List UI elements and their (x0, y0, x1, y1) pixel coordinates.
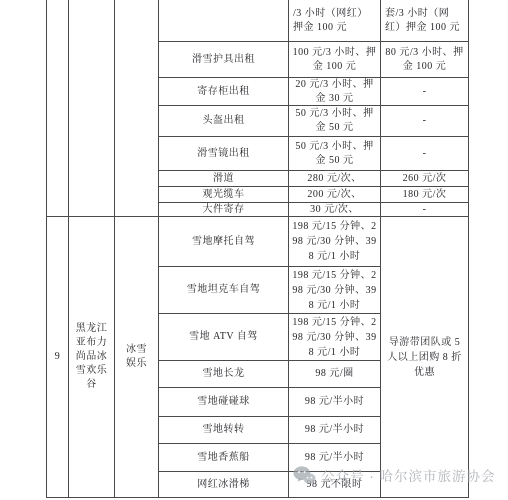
price-cell: 30 元/次、 (289, 203, 381, 217)
item-cell (159, 0, 289, 42)
item-cell: 雪地 ATV 自驾 (159, 314, 289, 361)
item-cell: 网红冰滑梯 (159, 472, 289, 498)
item-cell: 雪地摩托自驾 (159, 217, 289, 267)
discount-label: 套/3 小时（网红）押金 100 元 (385, 7, 465, 35)
price-cell: /3 小时（网红）押金 100 元 (289, 0, 381, 42)
item-label: 滑雪镜出租 (197, 147, 250, 161)
item-label: 雪地 ATV 自驾 (189, 330, 258, 344)
price-label: 100 元/3 小时、押金 100 元 (291, 46, 378, 74)
discount-label: - (423, 147, 427, 161)
price-table: /3 小时（网红）押金 100 元 套/3 小时（网红）押金 100 元 滑雪护… (46, 0, 469, 498)
price-label: 198 元/15 分钟、298 元/30 分钟、398 元/1 小时 (291, 268, 378, 313)
price-cell: 20 元/3 小时、押金 30 元 (289, 78, 381, 106)
seq-label: 9 (55, 350, 61, 364)
venue-label: 黑龙江亚布力尚品冰雪欢乐谷 (75, 322, 109, 392)
price-cell: 50 元/3 小时、押金 50 元 (289, 106, 381, 137)
item-label: 观光缆车 (203, 188, 245, 202)
item-cell: 滑雪镜出租 (159, 137, 289, 171)
price-label: 198 元/15 分钟、298 元/30 分钟、398 元/1 小时 (291, 219, 378, 264)
item-label: 头盔出租 (203, 114, 245, 128)
item-cell: 寄存柜出租 (159, 78, 289, 106)
price-cell: 98 元/半小时 (289, 444, 381, 472)
price-cell: 98 元不限时 (289, 472, 381, 498)
price-label: 30 元/次、 (310, 203, 359, 217)
discount-label: - (423, 85, 427, 99)
discount-label: - (423, 203, 427, 217)
discount-label: 260 元/次 (403, 172, 447, 186)
price-label: 98 元/半小时 (305, 395, 364, 409)
price-label: 50 元/3 小时、押金 50 元 (291, 140, 378, 168)
discount-cell: 套/3 小时（网红）押金 100 元 (381, 0, 469, 42)
item-label: 雪地转转 (203, 423, 245, 437)
category-cell: 冰雪娱乐 (115, 217, 159, 498)
price-cell: 198 元/15 分钟、298 元/30 分钟、398 元/1 小时 (289, 314, 381, 361)
discount-cell: - (381, 203, 469, 217)
item-cell: 滑道 (159, 171, 289, 187)
venue-cell-prev (69, 0, 115, 217)
price-cell: 98 元/圈 (289, 361, 381, 388)
discount-cell: 180 元/次 (381, 187, 469, 203)
item-label: 大件寄存 (203, 203, 245, 217)
group-discount-cell: 导游带团队或 5 人以上团购 8 折优惠 (381, 217, 469, 498)
price-label: 20 元/3 小时、押金 30 元 (291, 78, 378, 106)
price-label: /3 小时（网红）押金 100 元 (293, 7, 377, 35)
item-cell: 雪地长龙 (159, 361, 289, 388)
price-cell: 200 元/次、 (289, 187, 381, 203)
discount-label: 80 元/3 小时、押金 100 元 (383, 46, 466, 74)
price-cell: 98 元/半小时 (289, 388, 381, 417)
price-cell: 100 元/3 小时、押金 100 元 (289, 42, 381, 78)
item-label: 雪地碰碰球 (197, 395, 250, 409)
item-label: 寄存柜出租 (197, 85, 250, 99)
item-label: 雪地香蕉船 (197, 451, 250, 465)
group-discount-label: 导游带团队或 5 人以上团购 8 折优惠 (385, 335, 465, 380)
price-cell: 198 元/15 分钟、298 元/30 分钟、398 元/1 小时 (289, 217, 381, 267)
item-cell: 雪地香蕉船 (159, 444, 289, 472)
item-label: 雪地长龙 (203, 367, 245, 381)
price-label: 198 元/15 分钟、298 元/30 分钟、398 元/1 小时 (291, 315, 378, 360)
discount-label: - (423, 114, 427, 128)
price-label: 98 元/半小时 (305, 423, 364, 437)
discount-cell: 80 元/3 小时、押金 100 元 (381, 42, 469, 78)
price-label: 280 元/次、 (307, 172, 361, 186)
price-cell: 98 元/半小时 (289, 417, 381, 444)
item-label: 雪地摩托自驾 (192, 235, 255, 249)
price-cell: 280 元/次、 (289, 171, 381, 187)
price-cell: 198 元/15 分钟、298 元/30 分钟、398 元/1 小时 (289, 267, 381, 314)
discount-cell: - (381, 137, 469, 171)
item-cell: 大件寄存 (159, 203, 289, 217)
discount-cell: - (381, 106, 469, 137)
item-cell: 雪地坦克车自驾 (159, 267, 289, 314)
price-label: 98 元/圈 (315, 367, 353, 381)
item-cell: 滑雪护具出租 (159, 42, 289, 78)
price-label: 50 元/3 小时、押金 50 元 (291, 107, 378, 135)
seq-cell-prev (47, 0, 69, 217)
price-label: 98 元/半小时 (305, 451, 364, 465)
seq-cell: 9 (47, 217, 69, 498)
document-page: /3 小时（网红）押金 100 元 套/3 小时（网红）押金 100 元 滑雪护… (0, 0, 508, 500)
item-label: 雪地坦克车自驾 (187, 283, 261, 297)
item-label: 滑道 (213, 172, 234, 186)
price-label: 200 元/次、 (307, 188, 361, 202)
price-cell: 50 元/3 小时、押金 50 元 (289, 137, 381, 171)
category-cell-prev (115, 0, 159, 217)
item-cell: 观光缆车 (159, 187, 289, 203)
discount-label: 180 元/次 (403, 188, 447, 202)
category-label: 冰雪娱乐 (125, 343, 148, 371)
item-cell: 头盔出租 (159, 106, 289, 137)
price-label: 98 元不限时 (307, 478, 363, 492)
discount-cell: - (381, 78, 469, 106)
venue-cell: 黑龙江亚布力尚品冰雪欢乐谷 (69, 217, 115, 498)
item-cell: 雪地碰碰球 (159, 388, 289, 417)
item-label: 网红冰滑梯 (197, 478, 250, 492)
item-cell: 雪地转转 (159, 417, 289, 444)
discount-cell: 260 元/次 (381, 171, 469, 187)
item-label: 滑雪护具出租 (192, 53, 255, 67)
